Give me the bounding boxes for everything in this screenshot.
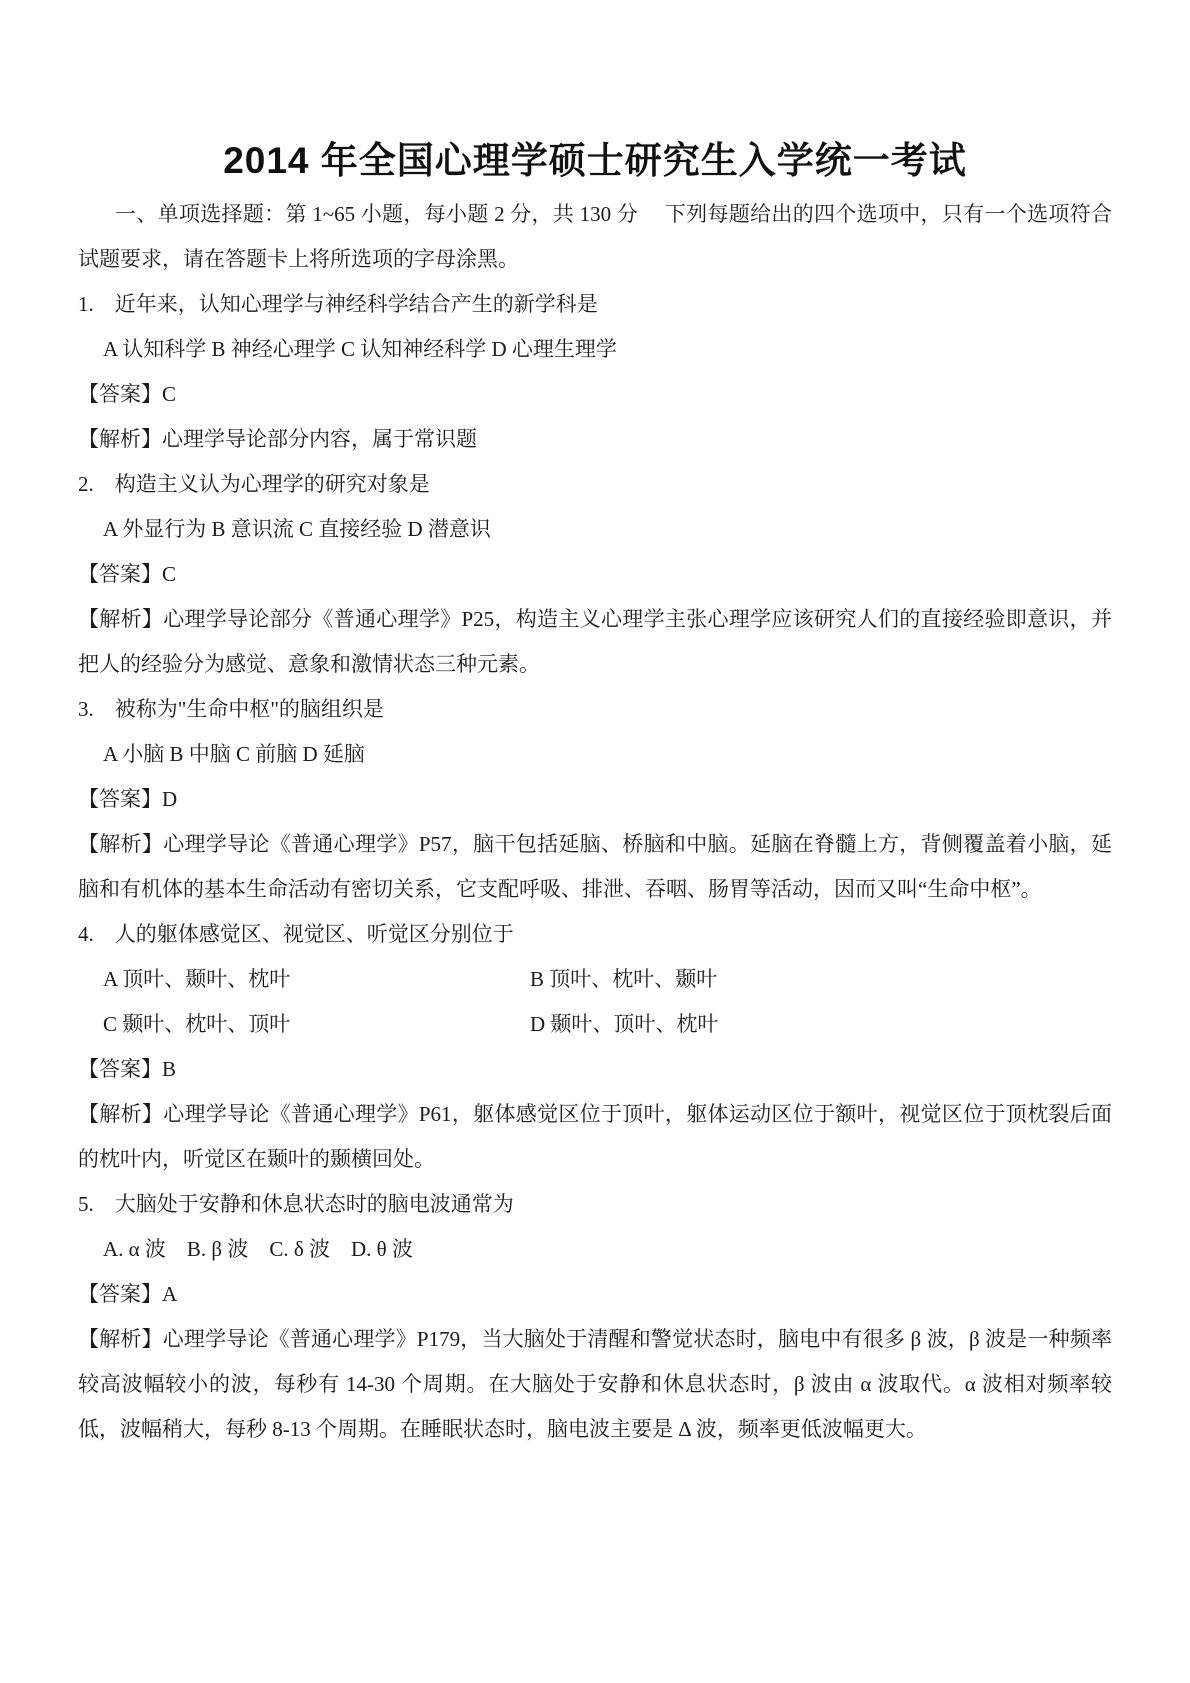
document-page: 2014 年全国心理学硕士研究生入学统一考试 一、单项选择题：第 1~65 小题…	[0, 0, 1190, 1683]
question-3-analysis: 【解析】心理学导论《普通心理学》P57，脑干包括延脑、桥脑和中脑。延脑在脊髓上方…	[78, 822, 1112, 912]
question-4-option-a: A 顶叶、颞叶、枕叶	[103, 957, 530, 1002]
question-1: 1. 近年来，认知心理学与神经科学结合产生的新学科是 A 认知科学 B 神经心理…	[78, 282, 1112, 462]
question-4-answer: 【答案】B	[78, 1047, 1112, 1092]
question-1-options: A 认知科学 B 神经心理学 C 认知神经科学 D 心理生理学	[78, 327, 1112, 372]
question-2-analysis: 【解析】心理学导论部分《普通心理学》P25，构造主义心理学主张心理学应该研究人们…	[78, 597, 1112, 687]
question-3-stem: 3. 被称为"生命中枢"的脑组织是	[78, 687, 1112, 732]
question-5-stem: 5. 大脑处于安静和休息状态时的脑电波通常为	[78, 1182, 1112, 1227]
question-2-options: A 外显行为 B 意识流 C 直接经验 D 潜意识	[78, 507, 1112, 552]
question-1-analysis: 【解析】心理学导论部分内容，属于常识题	[78, 417, 1112, 462]
question-4-options: A 顶叶、颞叶、枕叶 B 顶叶、枕叶、颞叶 C 颞叶、枕叶、顶叶 D 颞叶、顶叶…	[78, 957, 1112, 1047]
question-2: 2. 构造主义认为心理学的研究对象是 A 外显行为 B 意识流 C 直接经验 D…	[78, 462, 1112, 687]
question-4-option-b: B 顶叶、枕叶、颞叶	[530, 957, 1112, 1002]
question-3: 3. 被称为"生命中枢"的脑组织是 A 小脑 B 中脑 C 前脑 D 延脑 【答…	[78, 687, 1112, 912]
question-4-option-c: C 颞叶、枕叶、顶叶	[103, 1002, 530, 1047]
question-5-answer: 【答案】A	[78, 1272, 1112, 1317]
question-4-analysis: 【解析】心理学导论《普通心理学》P61，躯体感觉区位于顶叶，躯体运动区位于额叶，…	[78, 1092, 1112, 1182]
question-4: 4. 人的躯体感觉区、视觉区、听觉区分别位于 A 顶叶、颞叶、枕叶 B 顶叶、枕…	[78, 912, 1112, 1182]
question-1-answer: 【答案】C	[78, 372, 1112, 417]
question-5-analysis: 【解析】心理学导论《普通心理学》P179，当大脑处于清醒和警觉状态时，脑电中有很…	[78, 1317, 1112, 1452]
question-4-stem: 4. 人的躯体感觉区、视觉区、听觉区分别位于	[78, 912, 1112, 957]
question-4-option-d: D 颞叶、顶叶、枕叶	[530, 1002, 1112, 1047]
section-intro: 一、单项选择题：第 1~65 小题，每小题 2 分，共 130 分 下列每题给出…	[78, 192, 1112, 282]
question-2-stem: 2. 构造主义认为心理学的研究对象是	[78, 462, 1112, 507]
question-5: 5. 大脑处于安静和休息状态时的脑电波通常为 A. α 波 B. β 波 C. …	[78, 1182, 1112, 1452]
question-3-options: A 小脑 B 中脑 C 前脑 D 延脑	[78, 732, 1112, 777]
question-5-options: A. α 波 B. β 波 C. δ 波 D. θ 波	[78, 1227, 1112, 1272]
page-title: 2014 年全国心理学硕士研究生入学统一考试	[78, 136, 1112, 186]
question-3-answer: 【答案】D	[78, 777, 1112, 822]
question-2-answer: 【答案】C	[78, 552, 1112, 597]
question-1-stem: 1. 近年来，认知心理学与神经科学结合产生的新学科是	[78, 282, 1112, 327]
